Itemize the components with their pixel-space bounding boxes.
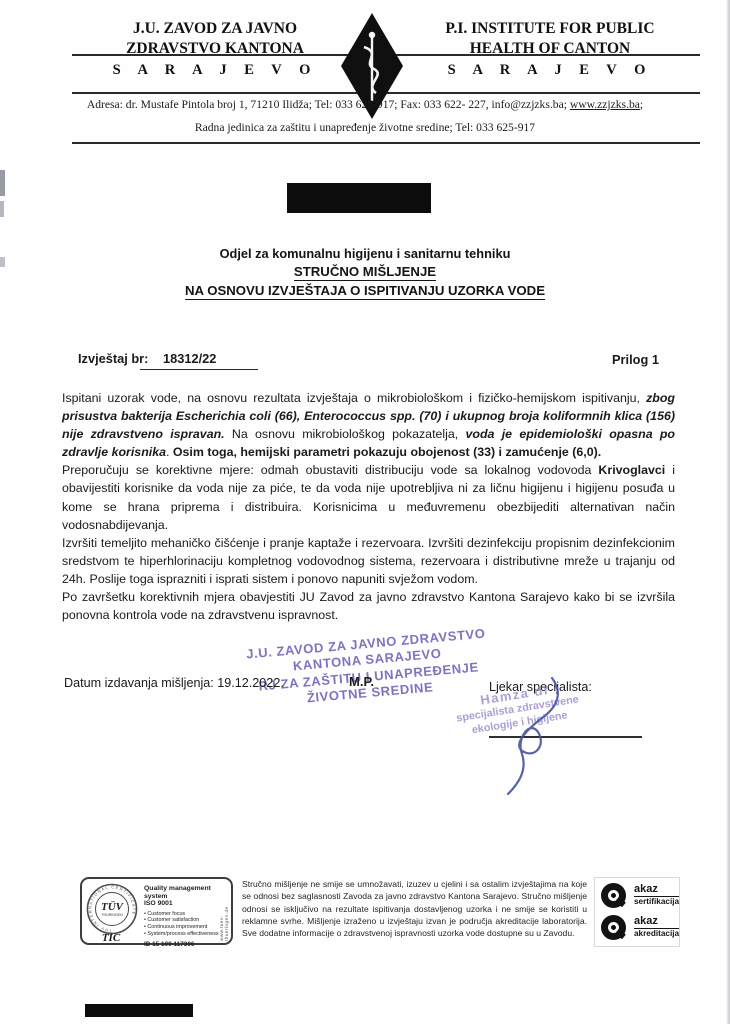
org-right-line2: HEALTH OF CANTON [420, 39, 680, 59]
akaz-subtitle: sertifikacija [634, 897, 679, 907]
tuv-bullet: • Continuous improvement [144, 924, 222, 931]
paragraph-findings: Ispitani uzorak vode, na osnovu rezultat… [62, 389, 675, 461]
footer-disclaimer: Stručno mišljenje ne smije se umnožavati… [242, 878, 587, 939]
p1-text: . [166, 445, 173, 459]
scan-edge-shadow [726, 0, 730, 1024]
address-text: Adresa: dr. Mustafe Pintola broj 1, 7121… [87, 98, 570, 111]
tuv-bullets: • Customer focus • Customer satisfaction… [144, 911, 222, 937]
akaz-subtitle: akreditacija [634, 929, 679, 939]
akaz-q-icon [601, 915, 626, 940]
tuv-seal-name: TÜV [101, 900, 125, 913]
tuv-qms-info: Quality management system ISO 9001 • Cus… [144, 885, 222, 948]
tuv-certificate-id: ID 15 100 117306 [144, 941, 222, 948]
document-title-1-text: STRUČNO MIŠLJENJE [294, 264, 436, 281]
paragraph-disinfection: Izvršiti temeljito mehaničko čišćenje i … [62, 534, 675, 588]
org-name-bosnian: J.U. ZAVOD ZA JAVNO ZDRAVSTVO KANTONA S … [85, 19, 345, 81]
tuv-bullet: • System/process effectiveness [144, 931, 222, 938]
address-line-1: Adresa: dr. Mustafe Pintola broj 1, 7121… [0, 98, 730, 111]
paragraph-corrective-measures: Preporučuju se korektivne mjere: odmah o… [62, 461, 675, 533]
document-title-1: STRUČNO MIŠLJENJE [0, 264, 730, 279]
scan-artifact [0, 170, 5, 196]
report-number-value: 18312/22 [163, 351, 216, 366]
report-number-underline [140, 369, 258, 370]
tuv-seal-sub: THÜRINGEN [101, 913, 123, 917]
tuv-certificate-box: TÜV INTERNATIONAL CERTIFICATE TÜV THÜRIN… [80, 877, 233, 945]
redaction-box [287, 183, 431, 213]
issue-date: Datum izdavanja mišljenja: 19.12.2022. [64, 676, 284, 690]
akaz-name: akaz [634, 884, 679, 897]
paragraph-recontrol: Po završetku korektivnih mjera obavjesti… [62, 588, 675, 624]
tuv-tic-label: TIC [102, 932, 121, 944]
org-name-english: P.I. INSTITUTE FOR PUBLIC HEALTH OF CANT… [420, 19, 680, 81]
akaz-name: akaz [634, 916, 679, 929]
handwritten-signature [470, 666, 660, 806]
address-line-2: Radna jedinica za zaštitu i unapređenje … [0, 121, 730, 134]
org-left-city: S A R A J E V O [85, 61, 345, 81]
tuv-url-vertical: www.tuev-thueringen.de [219, 883, 229, 941]
p1-text: Na osnovu mikrobiološkog pokazatelja, [225, 427, 466, 441]
attachment-label: Prilog 1 [612, 352, 659, 367]
org-right-line1: P.I. INSTITUTE FOR PUBLIC [420, 19, 680, 39]
department-title: Odjel za komunalnu higijenu i sanitarnu … [0, 246, 730, 261]
tuv-qms-title: Quality management system [144, 885, 222, 900]
website-link[interactable]: www.zzjzks.ba [570, 98, 640, 111]
scanned-document-page: J.U. ZAVOD ZA JAVNO ZDRAVSTVO KANTONA S … [0, 0, 730, 1024]
org-right-city: S A R A J E V O [420, 61, 680, 81]
akaz-q-icon [601, 883, 626, 908]
akaz-certification-logo: akaz sertifikacija [601, 883, 679, 908]
p2-text: Preporučuju se korektivne mjere: odmah o… [62, 463, 598, 477]
document-title-2-text: NA OSNOVU IZVJEŠTAJA O ISPITIVANJU UZORK… [185, 283, 545, 300]
p1-text: Ispitani uzorak vode, na osnovu rezultat… [62, 391, 646, 405]
p1-finding-chemical: Osim toga, hemijski parametri pokazuju o… [173, 445, 601, 459]
document-title-2: NA OSNOVU IZVJEŠTAJA O ISPITIVANJU UZORK… [0, 283, 730, 298]
tuv-iso-standard: ISO 9001 [144, 900, 222, 908]
opinion-body: Ispitani uzorak vode, na osnovu rezultat… [62, 389, 675, 624]
akaz-logos-panel: akaz sertifikacija akaz akreditacija [594, 877, 680, 947]
tuv-bullet: • Customer focus [144, 911, 222, 918]
akaz-accreditation-logo: akaz akreditacija [601, 915, 679, 940]
org-left-line1: J.U. ZAVOD ZA JAVNO [85, 19, 345, 39]
report-number-label: Izvještaj br: [78, 351, 148, 366]
address-suffix: ; [640, 98, 643, 111]
p2-water-supply-name: Krivoglavci [598, 463, 665, 477]
tuv-bullet: • Customer satisfaction [144, 917, 222, 924]
mp-seal-mark: M.P. [349, 674, 374, 689]
org-left-line2: ZDRAVSTVO KANTONA [85, 39, 345, 59]
header-divider-3 [72, 142, 700, 144]
tuv-seal-icon: TÜV INTERNATIONAL CERTIFICATE TÜV THÜRIN… [85, 882, 141, 944]
scan-artifact [0, 201, 4, 217]
redaction-bar-bottom [85, 1004, 193, 1017]
